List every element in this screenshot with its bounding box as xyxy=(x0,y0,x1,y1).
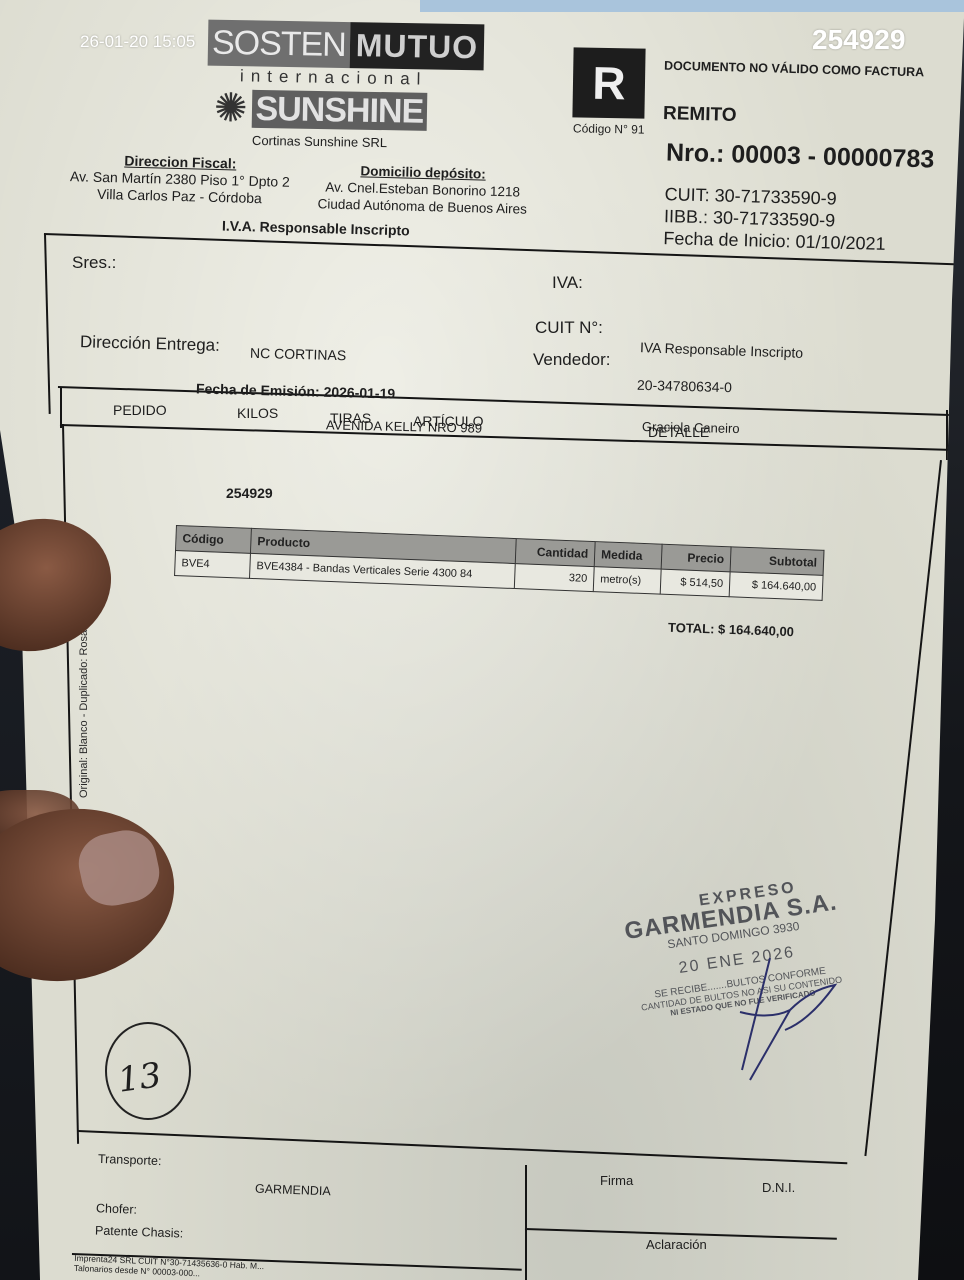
document-code: Código N° 91 xyxy=(573,121,645,136)
header-codigo: Código xyxy=(176,526,252,554)
company-logo-sunshine: ✺ SUNSHINE xyxy=(214,88,428,132)
photo-timestamp: 26-01-20 15:05 xyxy=(80,32,195,52)
fiscal-address-block: Direccion Fiscal: Av. San Martín 2380 Pi… xyxy=(69,151,290,208)
column-pedido: PEDIDO xyxy=(113,402,167,418)
seller-label: Vendedor: xyxy=(533,350,611,370)
customer-name: NC CORTINAS xyxy=(250,345,347,364)
document-letter-box: R xyxy=(572,47,645,118)
company-legal-name: Cortinas Sunshine SRL xyxy=(252,133,387,150)
handwritten-number: 13 xyxy=(115,1055,163,1101)
logo-mutuo-text: MUTUO xyxy=(349,22,484,70)
header-cantidad: Cantidad xyxy=(515,539,595,567)
logo-sunshine-text: SUNSHINE xyxy=(251,90,427,131)
header-precio: Precio xyxy=(661,544,731,572)
transport-label: Transporte: xyxy=(98,1152,162,1168)
remito-paper: SOSTEN MUTUO internacional ✺ SUNSHINE Co… xyxy=(0,0,964,1280)
column-header-right-line xyxy=(946,410,948,460)
column-kilos: KILOS xyxy=(237,405,278,421)
customer-cuit-value: 20-34780634-0 xyxy=(637,377,732,395)
logo-sosten-text: SOSTEN xyxy=(208,20,351,68)
cell-medida: metro(s) xyxy=(593,567,661,595)
footer-divider-line xyxy=(525,1165,527,1280)
header-subtotal: Subtotal xyxy=(730,547,824,576)
cuit-label: CUIT N°: xyxy=(535,318,603,338)
transport-value: GARMENDIA xyxy=(255,1182,331,1199)
logo-internacional-text: internacional xyxy=(240,66,428,89)
copy-color-note: Original: Blanco - Duplicado: Rosa - T xyxy=(78,614,90,798)
signature-label: Firma xyxy=(600,1173,633,1188)
seller-name: Graciela Caneiro xyxy=(642,419,740,436)
document-type: REMITO xyxy=(663,103,737,127)
dni-label: D.N.I. xyxy=(762,1180,795,1195)
cell-precio: $ 514,50 xyxy=(660,569,730,597)
delivery-label: Dirección Entrega: xyxy=(80,332,220,356)
company-logo-sosten-mutuo: SOSTEN MUTUO xyxy=(208,20,485,71)
driver-label: Chofer: xyxy=(96,1201,137,1216)
column-header-left-line xyxy=(60,388,62,428)
header-medida: Medida xyxy=(594,542,662,570)
order-number: 254929 xyxy=(226,485,273,501)
cell-subtotal: $ 164.640,00 xyxy=(729,572,823,601)
clarification-label: Aclaración xyxy=(646,1237,707,1252)
deposit-address-block: Domicilio depósito: Av. Cnel.Esteban Bon… xyxy=(317,161,528,217)
sres-label: Sres.: xyxy=(72,253,116,273)
photo-reference-number: 254929 xyxy=(812,24,905,56)
sun-star-icon: ✺ xyxy=(214,88,248,129)
iva-label: IVA: xyxy=(552,273,583,293)
cell-codigo: BVE4 xyxy=(175,551,251,579)
cell-cantidad: 320 xyxy=(514,564,594,592)
background-sky-strip xyxy=(420,0,964,12)
document-tax-ids: CUIT: 30-71733590-9 IIBB.: 30-71733590-9… xyxy=(663,183,887,255)
signature-scribble-icon xyxy=(730,950,850,1090)
